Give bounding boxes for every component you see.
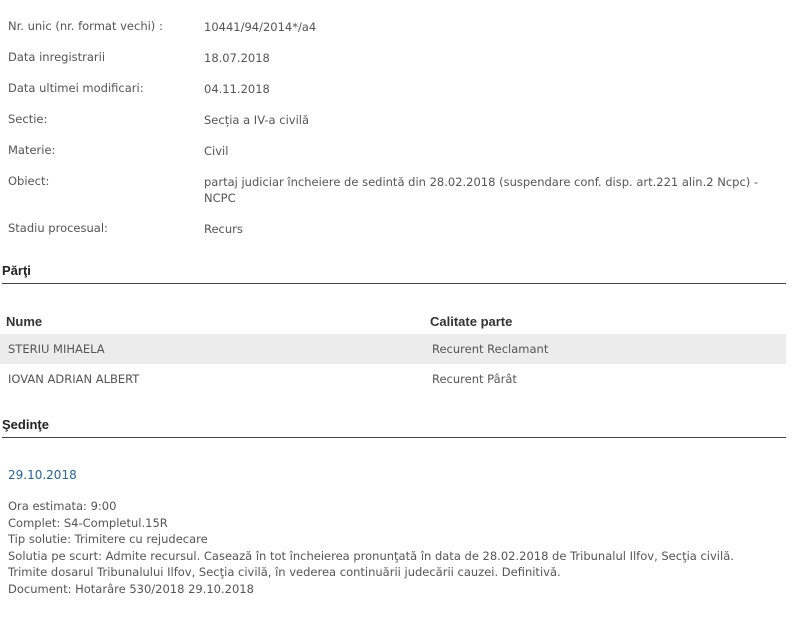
table-row: IOVAN ADRIAN ALBERT Recurent Pârât <box>0 364 786 394</box>
parties-table: Nume Calitate parte STERIU MIHAELA Recur… <box>0 308 786 394</box>
hearing-panel: Complet: S4-Completul.15R <box>8 515 793 532</box>
detail-label: Materie: <box>8 143 198 157</box>
hearing-solution-summary: Solutia pe scurt: Admite recursul. Casea… <box>8 548 793 565</box>
hearing-solution-summary-continued: Trimite dosarul Tribunalului Ilfov, Secţ… <box>8 564 793 581</box>
detail-value: 18.07.2018 <box>204 50 784 66</box>
detail-label: Obiect: <box>8 174 198 188</box>
detail-value: 04.11.2018 <box>204 81 784 97</box>
detail-value: 10441/94/2014*/a4 <box>204 19 784 35</box>
hearing-date: 29.10.2018 <box>8 468 77 482</box>
hearing-solution-type: Tip solutie: Trimitere cu rejudecare <box>8 531 793 548</box>
detail-label: Sectie: <box>8 112 198 126</box>
detail-label: Nr. unic (nr. format vechi) : <box>8 19 198 33</box>
party-role: Recurent Reclamant <box>424 334 786 364</box>
hearing-document: Document: Hotarâre 530/2018 29.10.2018 <box>8 581 793 598</box>
detail-value: Civil <box>204 143 784 159</box>
hearing-estimated-time: Ora estimata: 9:00 <box>8 498 793 515</box>
column-header-role: Calitate parte <box>424 308 786 334</box>
table-header-row: Nume Calitate parte <box>0 308 786 334</box>
column-header-name: Nume <box>0 308 424 334</box>
detail-value: partaj judiciar încheiere de sedintă din… <box>204 174 784 206</box>
detail-label: Stadiu procesual: <box>8 221 198 235</box>
hearing-details: Ora estimata: 9:00 Complet: S4-Completul… <box>8 498 793 597</box>
party-name: STERIU MIHAELA <box>0 334 424 364</box>
detail-label: Data inregistrarii <box>8 50 198 64</box>
party-name: IOVAN ADRIAN ALBERT <box>0 364 424 394</box>
table-row: STERIU MIHAELA Recurent Reclamant <box>0 334 786 364</box>
detail-value: Secția a IV-a civilă <box>204 112 784 128</box>
hearings-section-title: Şedinţe <box>2 417 786 438</box>
detail-label: Data ultimei modificari: <box>8 81 198 95</box>
party-role: Recurent Pârât <box>424 364 786 394</box>
detail-value: Recurs <box>204 221 784 237</box>
parties-section-title: Părţi <box>2 263 786 284</box>
